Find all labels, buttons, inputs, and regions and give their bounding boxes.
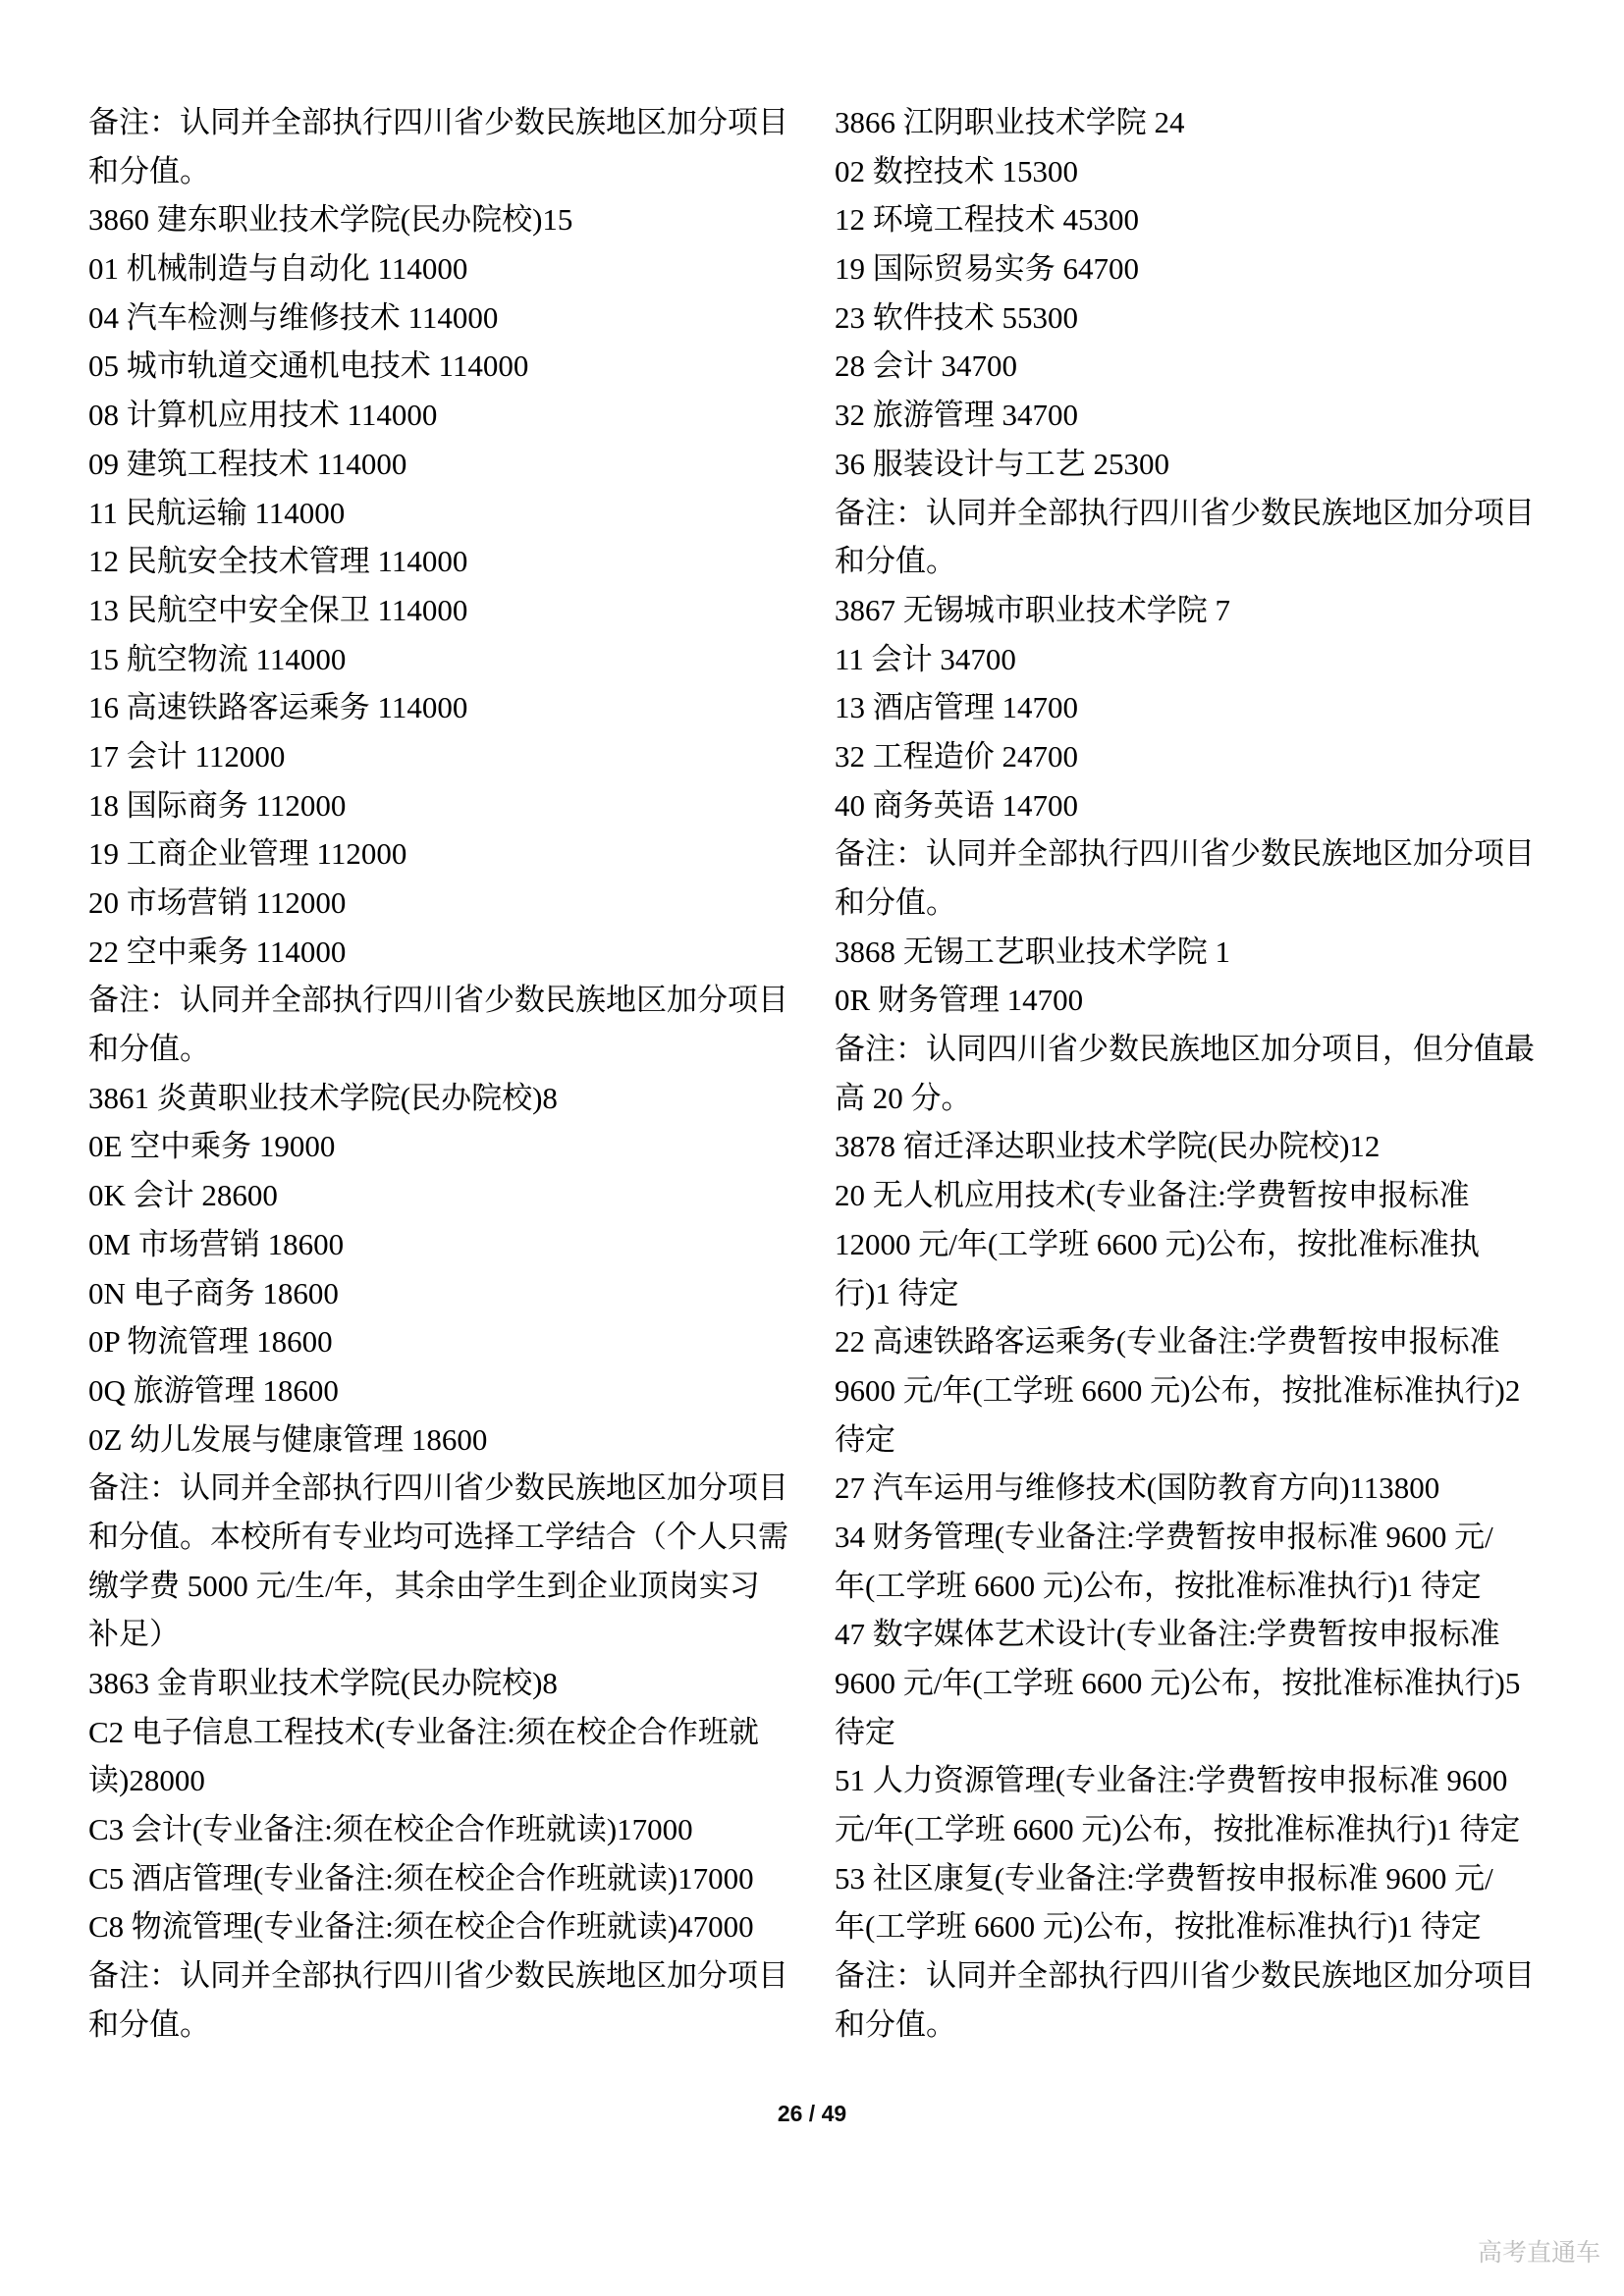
- text-line: 待定: [835, 1415, 1543, 1465]
- text-line: 34 财务管理(专业备注:学费暂按申报标准 9600 元/: [835, 1513, 1543, 1562]
- text-line: 和分值。: [88, 2001, 797, 2050]
- text-line: 3863 金肯职业技术学院(民办院校)8: [88, 1659, 797, 1708]
- text-line: 年(工学班 6600 元)公布，按批准标准执行)1 待定: [835, 1902, 1543, 1951]
- text-line: 0P 物流管理 18600: [88, 1317, 797, 1366]
- text-line: 高 20 分。: [835, 1074, 1543, 1123]
- text-line: 备注：认同并全部执行四川省少数民族地区加分项目: [88, 976, 797, 1025]
- text-line: 32 工程造价 24700: [835, 732, 1543, 781]
- text-line: 12000 元/年(工学班 6600 元)公布，按批准标准执: [835, 1220, 1543, 1269]
- text-line: 0Q 旅游管理 18600: [88, 1366, 797, 1415]
- text-line: 3866 江阴职业技术学院 24: [835, 98, 1543, 147]
- text-line: 3867 无锡城市职业技术学院 7: [835, 586, 1543, 635]
- page-number: 26 / 49: [0, 2101, 1624, 2127]
- text-line: C3 会计(专业备注:须在校企合作班就读)17000: [88, 1805, 797, 1854]
- text-line: 备注：认同并全部执行四川省少数民族地区加分项目: [835, 489, 1543, 538]
- text-line: 和分值。: [835, 2001, 1543, 2050]
- text-line: 22 高速铁路客运乘务(专业备注:学费暂按申报标准: [835, 1317, 1543, 1366]
- text-line: 元/年(工学班 6600 元)公布，按批准标准执行)1 待定: [835, 1805, 1543, 1854]
- text-line: 40 商务英语 14700: [835, 781, 1543, 830]
- text-line: 17 会计 112000: [88, 732, 797, 781]
- text-line: 待定: [835, 1708, 1543, 1757]
- text-column-right: 3866 江阴职业技术学院 2402 数控技术 1530012 环境工程技术 4…: [835, 98, 1543, 2050]
- text-line: 0N 电子商务 18600: [88, 1269, 797, 1318]
- text-line: 3878 宿迁泽达职业技术学院(民办院校)12: [835, 1122, 1543, 1171]
- text-line: 13 酒店管理 14700: [835, 683, 1543, 732]
- text-line: 32 旅游管理 34700: [835, 391, 1543, 440]
- text-line: 备注：认同并全部执行四川省少数民族地区加分项目: [88, 1464, 797, 1513]
- text-line: C8 物流管理(专业备注:须在校企合作班就读)47000: [88, 1902, 797, 1951]
- text-line: 读)28000: [88, 1756, 797, 1805]
- text-line: 15 航空物流 114000: [88, 635, 797, 684]
- text-line: 备注：认同并全部执行四川省少数民族地区加分项目: [88, 1951, 797, 2001]
- text-line: 0Z 幼儿发展与健康管理 18600: [88, 1415, 797, 1465]
- text-line: 12 民航安全技术管理 114000: [88, 537, 797, 586]
- text-line: 9600 元/年(工学班 6600 元)公布，按批准标准执行)5: [835, 1659, 1543, 1708]
- text-line: 0K 会计 28600: [88, 1171, 797, 1220]
- text-column-left: 备注：认同并全部执行四川省少数民族地区加分项目和分值。3860 建东职业技术学院…: [88, 98, 797, 2050]
- text-line: 备注：认同并全部执行四川省少数民族地区加分项目: [835, 829, 1543, 879]
- text-line: 0E 空中乘务 19000: [88, 1122, 797, 1171]
- text-line: 缴学费 5000 元/生/年，其余由学生到企业顶岗实习: [88, 1562, 797, 1611]
- text-line: 12 环境工程技术 45300: [835, 195, 1543, 244]
- text-line: 行)1 待定: [835, 1269, 1543, 1318]
- text-line: 09 建筑工程技术 114000: [88, 440, 797, 489]
- text-line: 22 空中乘务 114000: [88, 928, 797, 977]
- text-line: 02 数控技术 15300: [835, 147, 1543, 196]
- text-line: 08 计算机应用技术 114000: [88, 391, 797, 440]
- document-page-body: 备注：认同并全部执行四川省少数民族地区加分项目和分值。3860 建东职业技术学院…: [88, 98, 1543, 2050]
- text-line: 19 工商企业管理 112000: [88, 829, 797, 879]
- text-line: C2 电子信息工程技术(专业备注:须在校企合作班就: [88, 1708, 797, 1757]
- text-line: 04 汽车检测与维修技术 114000: [88, 294, 797, 343]
- text-line: 备注：认同并全部执行四川省少数民族地区加分项目: [835, 1951, 1543, 2001]
- text-line: 53 社区康复(专业备注:学费暂按申报标准 9600 元/: [835, 1854, 1543, 1903]
- text-line: 和分值。: [835, 537, 1543, 586]
- text-line: 和分值。: [88, 1025, 797, 1074]
- text-line: C5 酒店管理(专业备注:须在校企合作班就读)17000: [88, 1854, 797, 1903]
- watermark: 高考直通车: [1478, 2233, 1600, 2269]
- text-line: 20 无人机应用技术(专业备注:学费暂按申报标准: [835, 1171, 1543, 1220]
- text-line: 47 数字媒体艺术设计(专业备注:学费暂按申报标准: [835, 1610, 1543, 1659]
- text-line: 和分值。: [88, 147, 797, 196]
- text-line: 51 人力资源管理(专业备注:学费暂按申报标准 9600: [835, 1756, 1543, 1805]
- text-line: 36 服装设计与工艺 25300: [835, 440, 1543, 489]
- text-line: 18 国际商务 112000: [88, 781, 797, 830]
- text-line: 备注：认同四川省少数民族地区加分项目，但分值最: [835, 1025, 1543, 1074]
- text-line: 05 城市轨道交通机电技术 114000: [88, 342, 797, 391]
- text-line: 和分值。: [835, 879, 1543, 928]
- text-line: 27 汽车运用与维修技术(国防教育方向)113800: [835, 1464, 1543, 1513]
- text-line: 11 会计 34700: [835, 635, 1543, 684]
- text-line: 和分值。本校所有专业均可选择工学结合（个人只需: [88, 1513, 797, 1562]
- text-line: 3861 炎黄职业技术学院(民办院校)8: [88, 1074, 797, 1123]
- text-line: 20 市场营销 112000: [88, 879, 797, 928]
- text-line: 13 民航空中安全保卫 114000: [88, 586, 797, 635]
- text-line: 01 机械制造与自动化 114000: [88, 244, 797, 294]
- text-line: 0R 财务管理 14700: [835, 976, 1543, 1025]
- text-line: 16 高速铁路客运乘务 114000: [88, 683, 797, 732]
- text-line: 3860 建东职业技术学院(民办院校)15: [88, 195, 797, 244]
- text-line: 补足）: [88, 1610, 797, 1659]
- text-line: 备注：认同并全部执行四川省少数民族地区加分项目: [88, 98, 797, 147]
- text-line: 0M 市场营销 18600: [88, 1220, 797, 1269]
- text-line: 9600 元/年(工学班 6600 元)公布，按批准标准执行)2: [835, 1366, 1543, 1415]
- text-line: 19 国际贸易实务 64700: [835, 244, 1543, 294]
- text-line: 3868 无锡工艺职业技术学院 1: [835, 928, 1543, 977]
- text-line: 23 软件技术 55300: [835, 294, 1543, 343]
- text-line: 年(工学班 6600 元)公布，按批准标准执行)1 待定: [835, 1562, 1543, 1611]
- text-line: 28 会计 34700: [835, 342, 1543, 391]
- text-line: 11 民航运输 114000: [88, 489, 797, 538]
